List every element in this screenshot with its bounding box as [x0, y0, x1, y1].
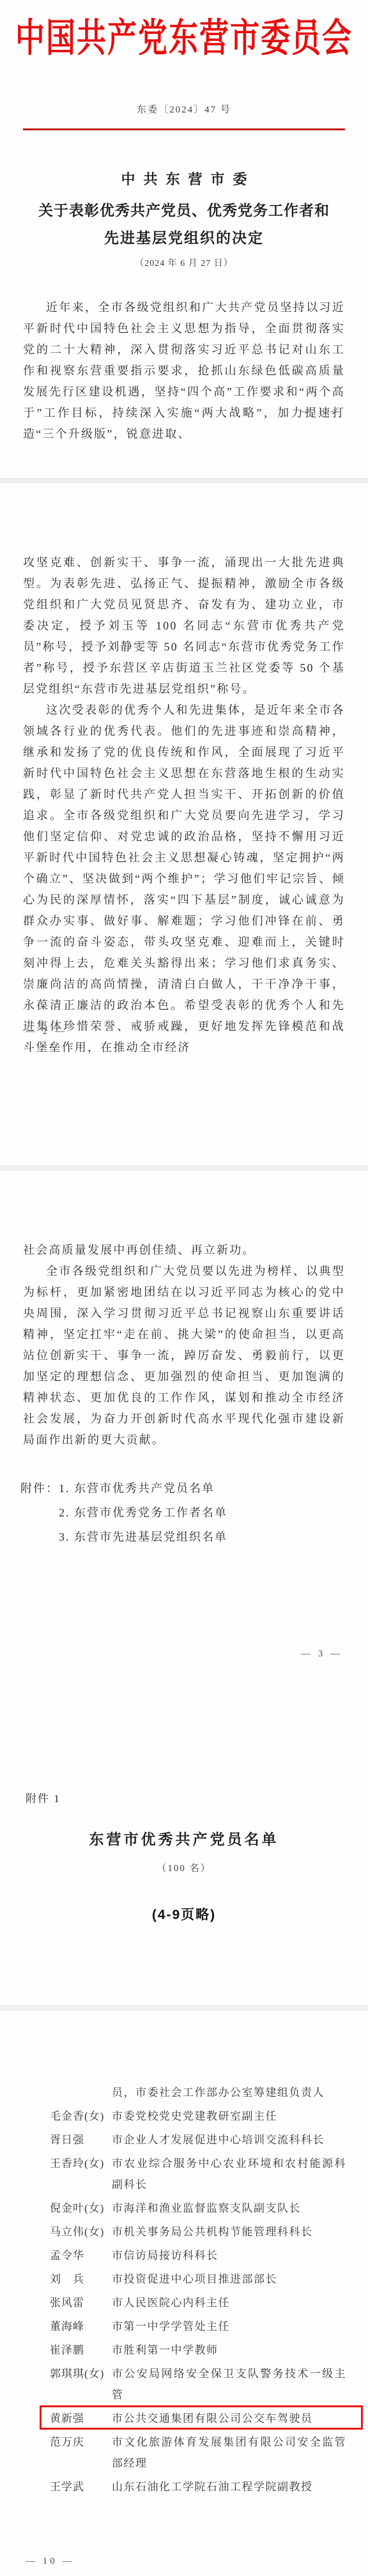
- person-name: 毛金香(女): [50, 2106, 112, 2127]
- person-position: 市信访局接访科科长: [112, 2245, 346, 2266]
- attachment-item: 1. 东营市优秀共产党员名单: [59, 1476, 227, 1500]
- person-position: 市投资促进中心项目推进部部长: [112, 2269, 346, 2290]
- letterhead-red-rule: [23, 128, 345, 130]
- attachment-item: 2. 东营市优秀党务工作者名单: [59, 1500, 227, 1525]
- list-item: 刘 兵 市投资促进中心项目推进部部长: [50, 2269, 346, 2290]
- page-number-3: — 3 —: [301, 1649, 342, 1660]
- page-number-2: — 2 —: [26, 1026, 67, 1037]
- list-item: 张风雷 市人民医院心内科主任: [50, 2292, 346, 2313]
- attachments-list: 1. 东营市优秀共产党员名单 2. 东营市优秀党务工作者名单 3. 东营市先进基…: [59, 1476, 227, 1549]
- person-position: 市文化旅游体育发展集团有限公司安全监管部经理: [112, 2432, 346, 2474]
- attachment-1-title: 东营市优秀共产党员名单: [0, 1828, 368, 1849]
- person-name: 胥日强: [50, 2129, 112, 2150]
- attachment-1-label: 附件 1: [26, 1789, 61, 1805]
- page-break-divider: [0, 2005, 368, 2010]
- page-3: 社会高质量发展中再创佳绩、再立新功。 全市各级党组织和广大党员要以先进为榜样、以…: [0, 1171, 368, 2005]
- list-item: 马立伟(女) 市机关事务局公共机构节能管理科科长: [50, 2221, 346, 2242]
- person-name: 马立伟(女): [50, 2221, 112, 2242]
- list-item: 崔泽鹏 市胜利第一中学教师: [50, 2340, 346, 2361]
- person-position: 市企业人才发展促进中心培训交流科科长: [112, 2129, 346, 2150]
- person-position: 市海洋和渔业监督监察支队副支队长: [112, 2198, 346, 2219]
- person-position: 市胜利第一中学教师: [112, 2340, 346, 2361]
- person-name: 张风雷: [50, 2292, 112, 2313]
- list-item: 胥日强 市企业人才发展促进中心培训交流科科长: [50, 2129, 346, 2150]
- person-name: 王学武: [50, 2476, 112, 2497]
- person-position: 员，市委社会工作部办公室筹建组负责人: [112, 2082, 346, 2103]
- person-position: 市农业综合服务中心农业环境和农村能源科副科长: [112, 2153, 346, 2195]
- paragraph-4: 社会高质量发展中再创佳绩、再立新功。: [23, 1240, 345, 1261]
- list-item: 范万庆 市文化旅游体育发展集团有限公司安全监管部经理: [50, 2432, 346, 2474]
- person-name: 郭琪琪(女): [50, 2363, 112, 2405]
- person-name: 孟令华: [50, 2245, 112, 2266]
- paragraph-1: 近年来，全市各级党组织和广大共产党员坚持以习近平新时代中国特色社会主义思想为指导…: [23, 297, 345, 445]
- letterhead-org-title: 中国共产党东营市委员会: [0, 12, 368, 82]
- paragraph-2: 攻坚克难、创新实干、事争一流，涌现出一大批先进典型。为表彰先进、弘扬正气、提振精…: [23, 552, 345, 700]
- person-position: 山东石油化工学院石油工程学院副教授: [112, 2476, 346, 2497]
- list-item: 王学武 山东石油化工学院石油工程学院副教授: [50, 2476, 346, 2497]
- document-number: 东委〔2024〕47 号: [0, 102, 368, 116]
- person-name: 黄新强: [50, 2408, 112, 2429]
- scanned-document: 中国共产党东营市委员会 东委〔2024〕47 号 中共东营市委 关于表彰优秀共产…: [0, 0, 368, 2576]
- document-title-line3: 先进基层党组织的决定: [0, 226, 368, 247]
- list-item: 倪金叶(女) 市海洋和渔业监督监察支队副支队长: [50, 2198, 346, 2219]
- omitted-pages-note: (4-9页略): [0, 1904, 368, 1924]
- person-position: 市人民医院心内科主任: [112, 2292, 346, 2313]
- list-item: 王香玲(女) 市农业综合服务中心农业环境和农村能源科副科长: [50, 2153, 346, 2195]
- honoree-list: 员，市委社会工作部办公室筹建组负责人 毛金香(女) 市委党校党史党建教研室副主任…: [50, 2082, 346, 2497]
- page-10: 员，市委社会工作部办公室筹建组负责人 毛金香(女) 市委党校党史党建教研室副主任…: [0, 2010, 368, 2576]
- attachment-1-count: （100 名）: [0, 1861, 368, 1874]
- person-name: 范万庆: [50, 2432, 112, 2474]
- person-name: 刘 兵: [50, 2269, 112, 2290]
- person-name: 倪金叶(女): [50, 2198, 112, 2219]
- attachments-block: 附件： 1. 东营市优秀共产党员名单 2. 东营市优秀党务工作者名单 3. 东营…: [20, 1476, 345, 1549]
- person-position: 市委党校党史党建教研室副主任: [112, 2106, 346, 2127]
- page-number-1: — 1 —: [301, 406, 342, 417]
- person-position: 市机关事务局公共机构节能管理科科长: [112, 2221, 346, 2242]
- paragraph-5: 全市各级党组织和广大党员要以先进为榜样、以典型为标杆，更加紧密地团结在以习近平同…: [23, 1261, 345, 1451]
- person-position: 市公共交通集团有限公司公交车驾驶员: [112, 2408, 346, 2429]
- person-position: 市第一中学学管处主任: [112, 2316, 346, 2337]
- list-item: 郭琪琪(女) 市公安局网络安全保卫支队警务技术一级主管: [50, 2363, 346, 2405]
- attachments-label: 附件：: [20, 1476, 59, 1549]
- list-item: 毛金香(女) 市委党校党史党建教研室副主任: [50, 2106, 346, 2127]
- document-title-line2: 关于表彰优秀共产党员、优秀党务工作者和: [0, 199, 368, 220]
- document-date: （2024 年 6 月 27 日）: [0, 256, 368, 269]
- list-item-continuation: 员，市委社会工作部办公室筹建组负责人: [50, 2082, 346, 2103]
- page-number-10: — 10 —: [26, 2556, 75, 2567]
- document-title-org: 中共东营市委: [0, 169, 368, 189]
- person-name: 董海峰: [50, 2316, 112, 2337]
- page-break-divider: [0, 1166, 368, 1171]
- list-item: 董海峰 市第一中学学管处主任: [50, 2316, 346, 2337]
- list-item: 孟令华 市信访局接访科科长: [50, 2245, 346, 2266]
- person-name: 崔泽鹏: [50, 2340, 112, 2361]
- person-name: 王香玲(女): [50, 2153, 112, 2195]
- list-item-highlighted: 黄新强 市公共交通集团有限公司公交车驾驶员: [50, 2408, 346, 2429]
- page-1: 中国共产党东营市委员会 东委〔2024〕47 号 中共东营市委 关于表彰优秀共产…: [0, 0, 368, 478]
- page-break-divider: [0, 478, 368, 483]
- page-2: 攻坚克难、创新实干、事争一流，涌现出一大批先进典型。为表彰先进、弘扬正气、提振精…: [0, 483, 368, 1166]
- attachment-item: 3. 东营市先进基层党组织名单: [59, 1525, 227, 1549]
- paragraph-3: 这次受表彰的优秀个人和先进集体，是近年来全市各领域各行业的优秀代表。他们的先进事…: [23, 700, 345, 1058]
- person-position: 市公安局网络安全保卫支队警务技术一级主管: [112, 2363, 346, 2405]
